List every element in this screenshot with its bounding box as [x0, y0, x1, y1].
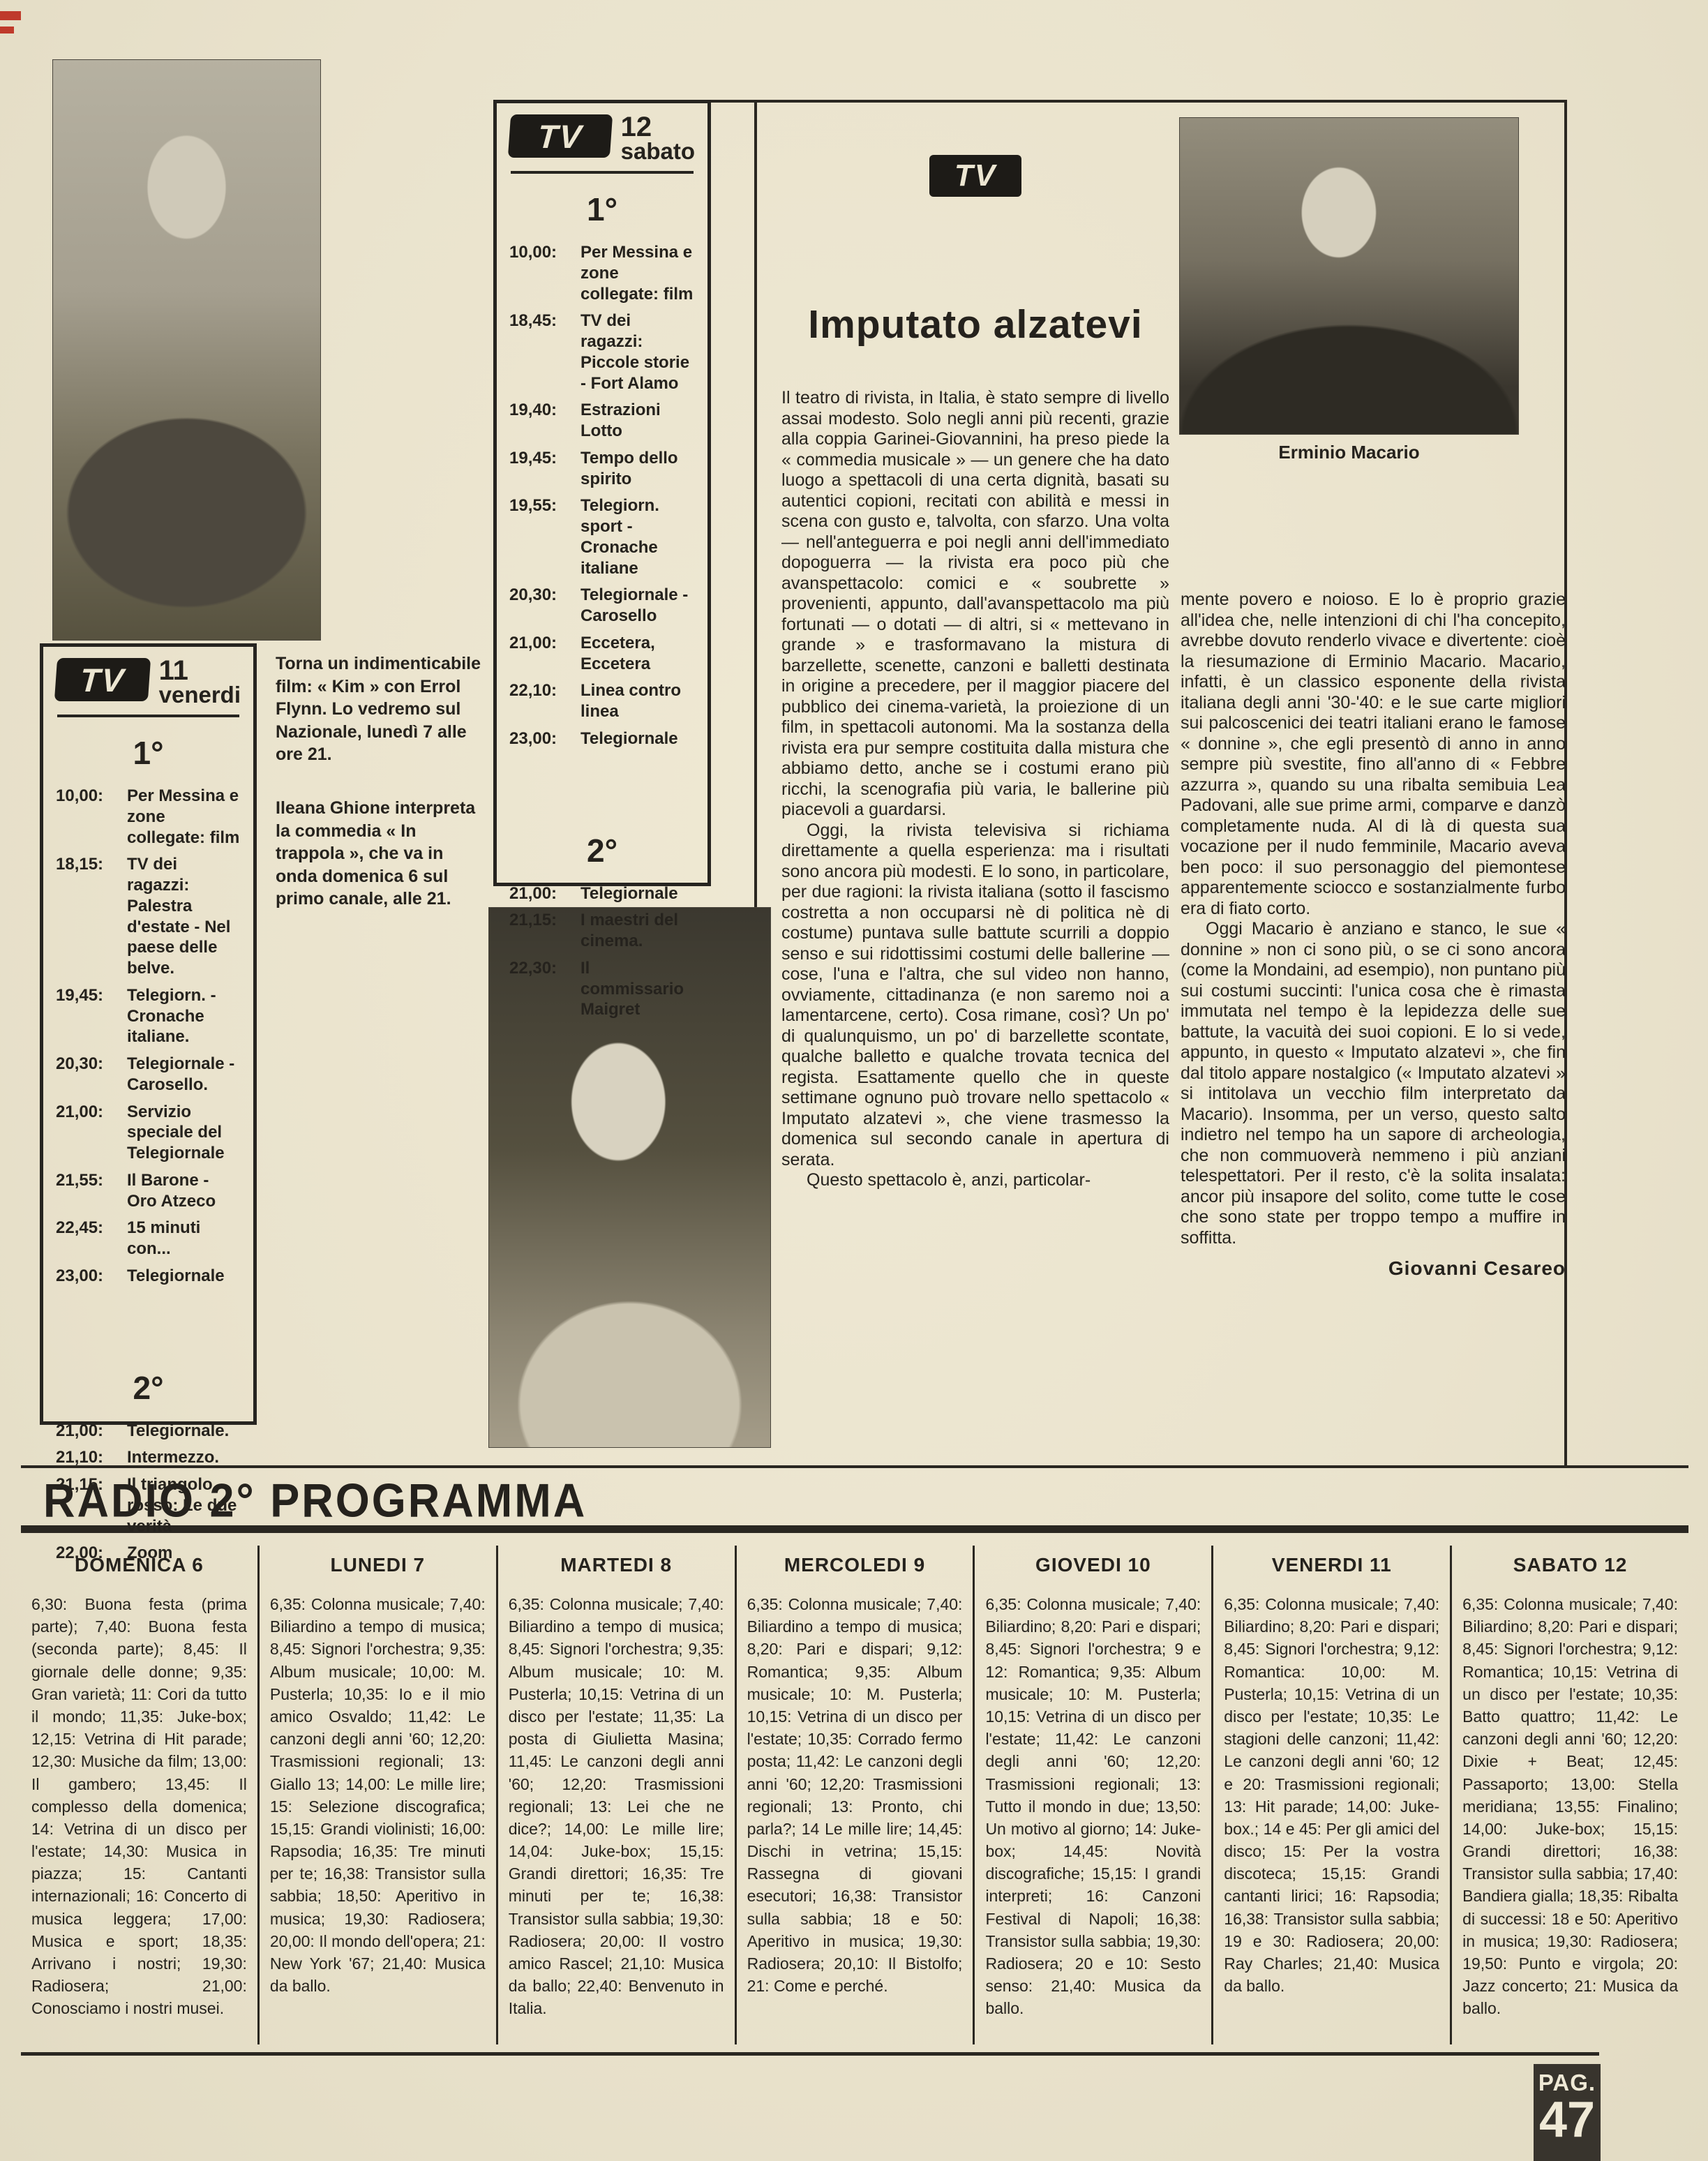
program-row: 21,00: Eccetera, Eccetera [509, 633, 695, 675]
radio-day-schedule: 6,35: Colonna musicale; 7,40: Biliardino… [985, 1593, 1201, 2020]
radio-section-top-rule [21, 1465, 1688, 1468]
erminio-macario-photo [1179, 117, 1519, 435]
radio-day-schedule: 6,35: Colonna musicale; 7,40: Biliardino… [1462, 1593, 1678, 2020]
tv12-logo-row: TV 12 sabato [509, 114, 695, 163]
radio-day-column: SABATO 12 6,35: Colonna musicale; 7,40: … [1450, 1546, 1688, 2044]
radio-day-header: MARTEDI 8 [509, 1554, 724, 1576]
tv-logo: TV [508, 114, 613, 158]
article-author: Giovanni Cesareo [1181, 1258, 1566, 1279]
program-title: Intermezzo. [127, 1447, 241, 1468]
program-time: 22,30: [509, 958, 574, 1020]
tv-logo: TV [54, 658, 151, 701]
radio-day-schedule: 6,35: Colonna musicale; 7,40: Biliardino… [509, 1593, 724, 2020]
program-title: Per Messina e zone collegate: film [580, 242, 695, 304]
program-time: 19,40: [509, 400, 574, 442]
radio-day-column: GIOVEDI 10 6,35: Colonna musicale; 7,40:… [973, 1546, 1211, 2044]
article-paragraph: Oggi, la rivista televisiva si richiama … [781, 821, 1169, 1171]
channel-2-label: 2° [509, 832, 695, 869]
column-divider-rule [754, 100, 757, 907]
program-time: 21,15: [509, 910, 574, 952]
program-row: 10,00: Per Messina e zone collegate: fil… [509, 242, 695, 304]
radio-week-grid: DOMENICA 6 6,30: Buona festa (prima part… [21, 1546, 1688, 2044]
program-title: Linea contro linea [580, 680, 695, 722]
tv12-channel2-schedule: 21,00: Telegiornale 21,15: I maestri del… [509, 883, 695, 1021]
article-column-2: mente povero e noioso. E lo è proprio gr… [1181, 590, 1566, 1279]
channel-2-label: 2° [56, 1369, 241, 1407]
radio-day-header: DOMENICA 6 [31, 1554, 247, 1576]
program-title: Il commissario Maigret [580, 958, 695, 1020]
radio-day-column: VENERDI 11 6,35: Colonna musicale; 7,40:… [1211, 1546, 1450, 2044]
day-number: 12 [621, 114, 695, 140]
program-title: Telegiornale [127, 1266, 241, 1287]
program-title: Telegiornale - Carosello [580, 585, 695, 627]
radio-day-column: LUNEDI 7 6,35: Colonna musicale; 7,40: B… [257, 1546, 496, 2044]
program-row: 20,30: Telegiornale - Carosello [509, 585, 695, 627]
program-title: Telegiorn. - Cronache italiane. [127, 985, 241, 1047]
program-row: 18,45: TV dei ragazzi: Piccole storie - … [509, 311, 695, 394]
day-name: sabato [621, 140, 695, 163]
program-row: 22,30: Il commissario Maigret [509, 958, 695, 1020]
program-row: 19,45: Telegiorn. - Cronache italiane. [56, 985, 241, 1047]
program-title: Telegiornale. [127, 1421, 241, 1442]
tv12-day: 12 sabato [621, 114, 695, 163]
program-row: 19,55: Telegiorn. sport - Cronache itali… [509, 495, 695, 578]
program-row: 21,10: Intermezzo. [56, 1447, 241, 1468]
program-time: 21,00: [56, 1421, 120, 1442]
program-time: 19,45: [509, 448, 574, 490]
program-title: Eccetera, Eccetera [580, 633, 695, 675]
program-row: 10,00: Per Messina e zone collegate: fil… [56, 786, 241, 848]
red-registration-mark [0, 27, 14, 33]
radio-day-column: MARTEDI 8 6,35: Colonna musicale; 7,40: … [496, 1546, 735, 2044]
page-number: 47 [1539, 2096, 1595, 2144]
program-time: 20,30: [509, 585, 574, 627]
program-time: 22,10: [509, 680, 574, 722]
program-time: 23,00: [509, 728, 574, 749]
program-title: Servizio speciale del Telegiornale [127, 1102, 241, 1164]
program-row: 21,00: Servizio speciale del Telegiornal… [56, 1102, 241, 1164]
program-row: 23,00: Telegiornale [56, 1266, 241, 1287]
tv11-day: 11 venerdi [159, 658, 241, 706]
program-time: 18,45: [509, 311, 574, 394]
program-row: 18,15: TV dei ragazzi: Palestra d'estate… [56, 854, 241, 979]
program-row: 23,00: Telegiornale [509, 728, 695, 749]
program-title: TV dei ragazzi: Piccole storie - Fort Al… [580, 311, 695, 394]
radio-day-header: MERCOLEDI 9 [747, 1554, 963, 1576]
article-column-1: Il teatro di rivista, in Italia, è stato… [781, 388, 1169, 1191]
program-title: I maestri del cinema. [580, 910, 695, 952]
program-time: 21,00: [509, 883, 574, 904]
macario-photo-caption: Erminio Macario [1179, 442, 1519, 463]
program-row: 21,00: Telegiornale [509, 883, 695, 904]
program-title: TV dei ragazzi: Palestra d'estate - Nel … [127, 854, 241, 979]
tv-section-logo: TV [929, 155, 1021, 197]
tv-listing-friday-11: TV 11 venerdi 1° 10,00: Per Messina e zo… [40, 643, 257, 1425]
ghione-caption: Ileana Ghione interpreta la commedia « I… [276, 797, 486, 911]
channel-1-label: 1° [56, 734, 241, 772]
article-paragraph: mente povero e noioso. E lo è proprio gr… [1181, 590, 1566, 919]
program-row: 22,45: 15 minuti con... [56, 1218, 241, 1259]
article-column-2-text: mente povero e noioso. E lo è proprio gr… [1181, 590, 1566, 1248]
program-row: 19,45: Tempo dello spirito [509, 448, 695, 490]
program-time: 18,15: [56, 854, 120, 979]
divider [57, 715, 239, 717]
bottom-rule [21, 2052, 1599, 2056]
program-title: Telegiornale - Carosello. [127, 1054, 241, 1096]
program-title: Estrazioni Lotto [580, 400, 695, 442]
page-number-box: PAG. 47 [1534, 2064, 1601, 2161]
program-title: Tempo dello spirito [580, 448, 695, 490]
errol-flynn-photo [52, 59, 321, 641]
kim-film-caption: Torna un indimenticabile film: « Kim » c… [276, 652, 485, 766]
article-paragraph: Il teatro di rivista, in Italia, è stato… [781, 388, 1169, 821]
radio-day-schedule: 6,30: Buona festa (prima parte); 7,40: B… [31, 1593, 247, 2020]
article-paragraph: Questo spettacolo è, anzi, particolar- [781, 1170, 1169, 1191]
radio-day-header: LUNEDI 7 [270, 1554, 486, 1576]
program-row: 21,15: I maestri del cinema. [509, 910, 695, 952]
program-time: 23,00: [56, 1266, 120, 1287]
program-row: 21,00: Telegiornale. [56, 1421, 241, 1442]
program-title: Telegiornale [580, 883, 695, 904]
program-title: Per Messina e zone collegate: film [127, 786, 241, 848]
program-time: 10,00: [509, 242, 574, 304]
magazine-page: TV 11 venerdi 1° 10,00: Per Messina e zo… [0, 0, 1708, 2161]
radio-day-header: VENERDI 11 [1224, 1554, 1439, 1576]
radio-section-title: RADIO 2° PROGRAMMA [43, 1474, 587, 1528]
tv12-channel1-schedule: 10,00: Per Messina e zone collegate: fil… [509, 242, 695, 749]
red-registration-mark [0, 11, 21, 20]
tv-listing-saturday-12: TV 12 sabato 1° 10,00: Per Messina e zon… [493, 100, 711, 886]
program-time: 19,55: [509, 495, 574, 578]
day-name: venerdi [159, 683, 241, 706]
radio-day-header: SABATO 12 [1462, 1554, 1678, 1576]
program-time: 21,55: [56, 1170, 120, 1212]
tv11-logo-row: TV 11 venerdi [56, 658, 241, 706]
program-time: 21,00: [56, 1102, 120, 1164]
program-title: 15 minuti con... [127, 1218, 241, 1259]
program-row: 22,10: Linea contro linea [509, 680, 695, 722]
program-title: Il Barone - Oro Atzeco [127, 1170, 241, 1212]
article-title: Imputato alzatevi [781, 304, 1169, 346]
program-time: 22,45: [56, 1218, 120, 1259]
program-time: 20,30: [56, 1054, 120, 1096]
channel-1-label: 1° [509, 190, 695, 228]
day-number: 11 [159, 658, 241, 683]
article-paragraph: Oggi Macario è anziano e stanco, le sue … [1181, 919, 1566, 1248]
program-time: 10,00: [56, 786, 120, 848]
radio-day-schedule: 6,35: Colonna musicale; 7,40: Biliardino… [1224, 1593, 1439, 1997]
divider [511, 171, 694, 174]
program-time: 21,00: [509, 633, 574, 675]
program-title: Telegiornale [580, 728, 695, 749]
tv11-channel1-schedule: 10,00: Per Messina e zone collegate: fil… [56, 786, 241, 1287]
radio-day-column: DOMENICA 6 6,30: Buona festa (prima part… [21, 1546, 257, 2044]
radio-day-schedule: 6,35: Colonna musicale; 7,40: Biliardino… [747, 1593, 963, 1997]
program-row: 20,30: Telegiornale - Carosello. [56, 1054, 241, 1096]
program-time: 19,45: [56, 985, 120, 1047]
program-title: Telegiorn. sport - Cronache italiane [580, 495, 695, 578]
radio-day-column: MERCOLEDI 9 6,35: Colonna musicale; 7,40… [735, 1546, 973, 2044]
radio-day-header: GIOVEDI 10 [985, 1554, 1201, 1576]
radio-day-schedule: 6,35: Colonna musicale; 7,40: Biliardino… [270, 1593, 486, 1997]
program-time: 21,10: [56, 1447, 120, 1468]
program-row: 21,55: Il Barone - Oro Atzeco [56, 1170, 241, 1212]
program-row: 19,40: Estrazioni Lotto [509, 400, 695, 442]
